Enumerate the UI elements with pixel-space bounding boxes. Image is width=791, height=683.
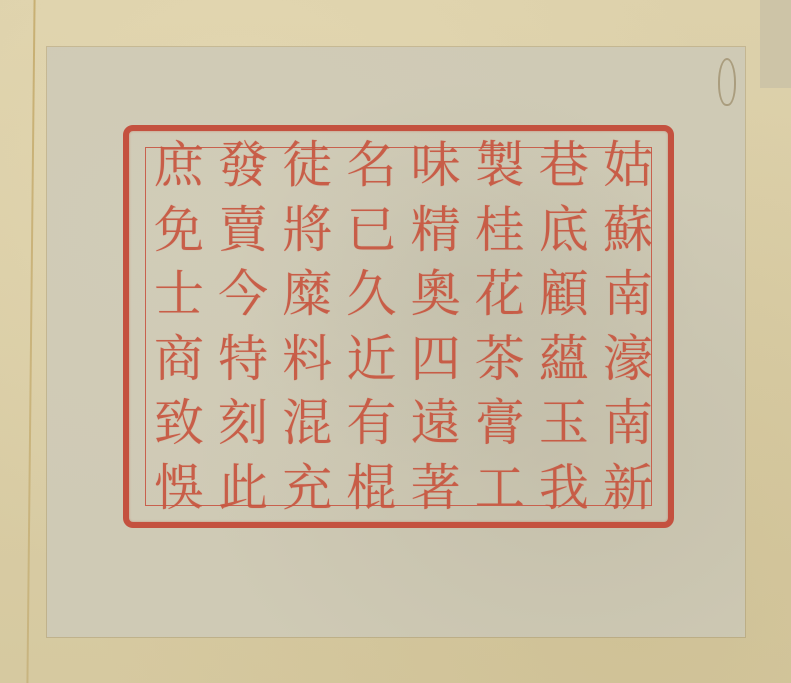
stamp-char: 致 — [154, 395, 204, 451]
stamp-char: 士 — [154, 266, 204, 322]
stamp-char: 今 — [218, 266, 268, 322]
stamp-char: 製 — [475, 137, 525, 193]
stamp-column-7: 發 賣 今 特 刻 此 — [213, 135, 273, 518]
stamp-char: 南 — [603, 395, 653, 451]
stamp-char: 將 — [282, 202, 332, 258]
stamp-char: 花 — [475, 266, 525, 322]
stamp-column-1: 姑 蘇 南 濠 南 新 — [598, 135, 658, 518]
stamp-char: 悞 — [154, 460, 204, 516]
stamp-column-3: 製 桂 花 茶 膏 工 — [470, 135, 530, 518]
stamp-column-4: 味 精 奧 四 遠 著 — [406, 135, 466, 518]
stamp-char: 茶 — [475, 331, 525, 387]
red-stamp-frame: 姑 蘇 南 濠 南 新 巷 底 顧 蘊 玉 我 製 桂 花 茶 膏 工 味 精 … — [123, 125, 674, 528]
stamp-column-8: 庶 免 士 商 致 悞 — [149, 135, 209, 518]
stamp-char: 棍 — [346, 460, 396, 516]
stamp-column-5: 名 已 久 近 有 棍 — [341, 135, 401, 518]
stamp-char: 刻 — [218, 395, 268, 451]
stamp-char: 膏 — [475, 395, 525, 451]
stamp-char: 濠 — [603, 331, 653, 387]
stamp-char: 底 — [539, 202, 589, 258]
stamp-char: 庶 — [154, 137, 204, 193]
stamp-column-2: 巷 底 顧 蘊 玉 我 — [534, 135, 594, 518]
stamp-char: 精 — [411, 202, 461, 258]
paper-edge-strip — [760, 0, 791, 88]
stamp-char: 遠 — [411, 395, 461, 451]
stamp-char: 混 — [282, 395, 332, 451]
stamp-text-columns: 姑 蘇 南 濠 南 新 巷 底 顧 蘊 玉 我 製 桂 花 茶 膏 工 味 精 … — [149, 135, 658, 518]
stamp-char: 新 — [603, 460, 653, 516]
stamp-char: 此 — [218, 460, 268, 516]
stamp-char: 久 — [346, 266, 396, 322]
stamp-char: 巷 — [539, 137, 589, 193]
stamp-column-6: 徒 將 糜 料 混 充 — [277, 135, 337, 518]
ink-stain-mark — [718, 58, 736, 106]
stamp-char: 顧 — [539, 266, 589, 322]
stamp-char: 姑 — [603, 137, 653, 193]
stamp-char: 特 — [218, 331, 268, 387]
stamp-char: 發 — [218, 137, 268, 193]
stamp-char: 有 — [346, 395, 396, 451]
stamp-char: 我 — [539, 460, 589, 516]
stamp-char: 糜 — [282, 266, 332, 322]
stamp-char: 味 — [411, 137, 461, 193]
stamp-char: 已 — [346, 202, 396, 258]
stamp-char: 名 — [346, 137, 396, 193]
stamp-char: 近 — [346, 331, 396, 387]
stamp-char: 蘊 — [539, 331, 589, 387]
stamp-char: 玉 — [539, 395, 589, 451]
stamp-char: 四 — [411, 331, 461, 387]
stamp-char: 南 — [603, 266, 653, 322]
stamp-char: 著 — [411, 460, 461, 516]
stamp-char: 奧 — [411, 266, 461, 322]
stamp-char: 工 — [475, 460, 525, 516]
stamp-char: 商 — [154, 331, 204, 387]
stamp-char: 充 — [282, 460, 332, 516]
stamp-char: 免 — [154, 202, 204, 258]
stamp-char: 賣 — [218, 202, 268, 258]
stamp-char: 徒 — [282, 137, 332, 193]
stamp-char: 料 — [282, 331, 332, 387]
stamp-char: 桂 — [475, 202, 525, 258]
stamp-char: 蘇 — [603, 202, 653, 258]
